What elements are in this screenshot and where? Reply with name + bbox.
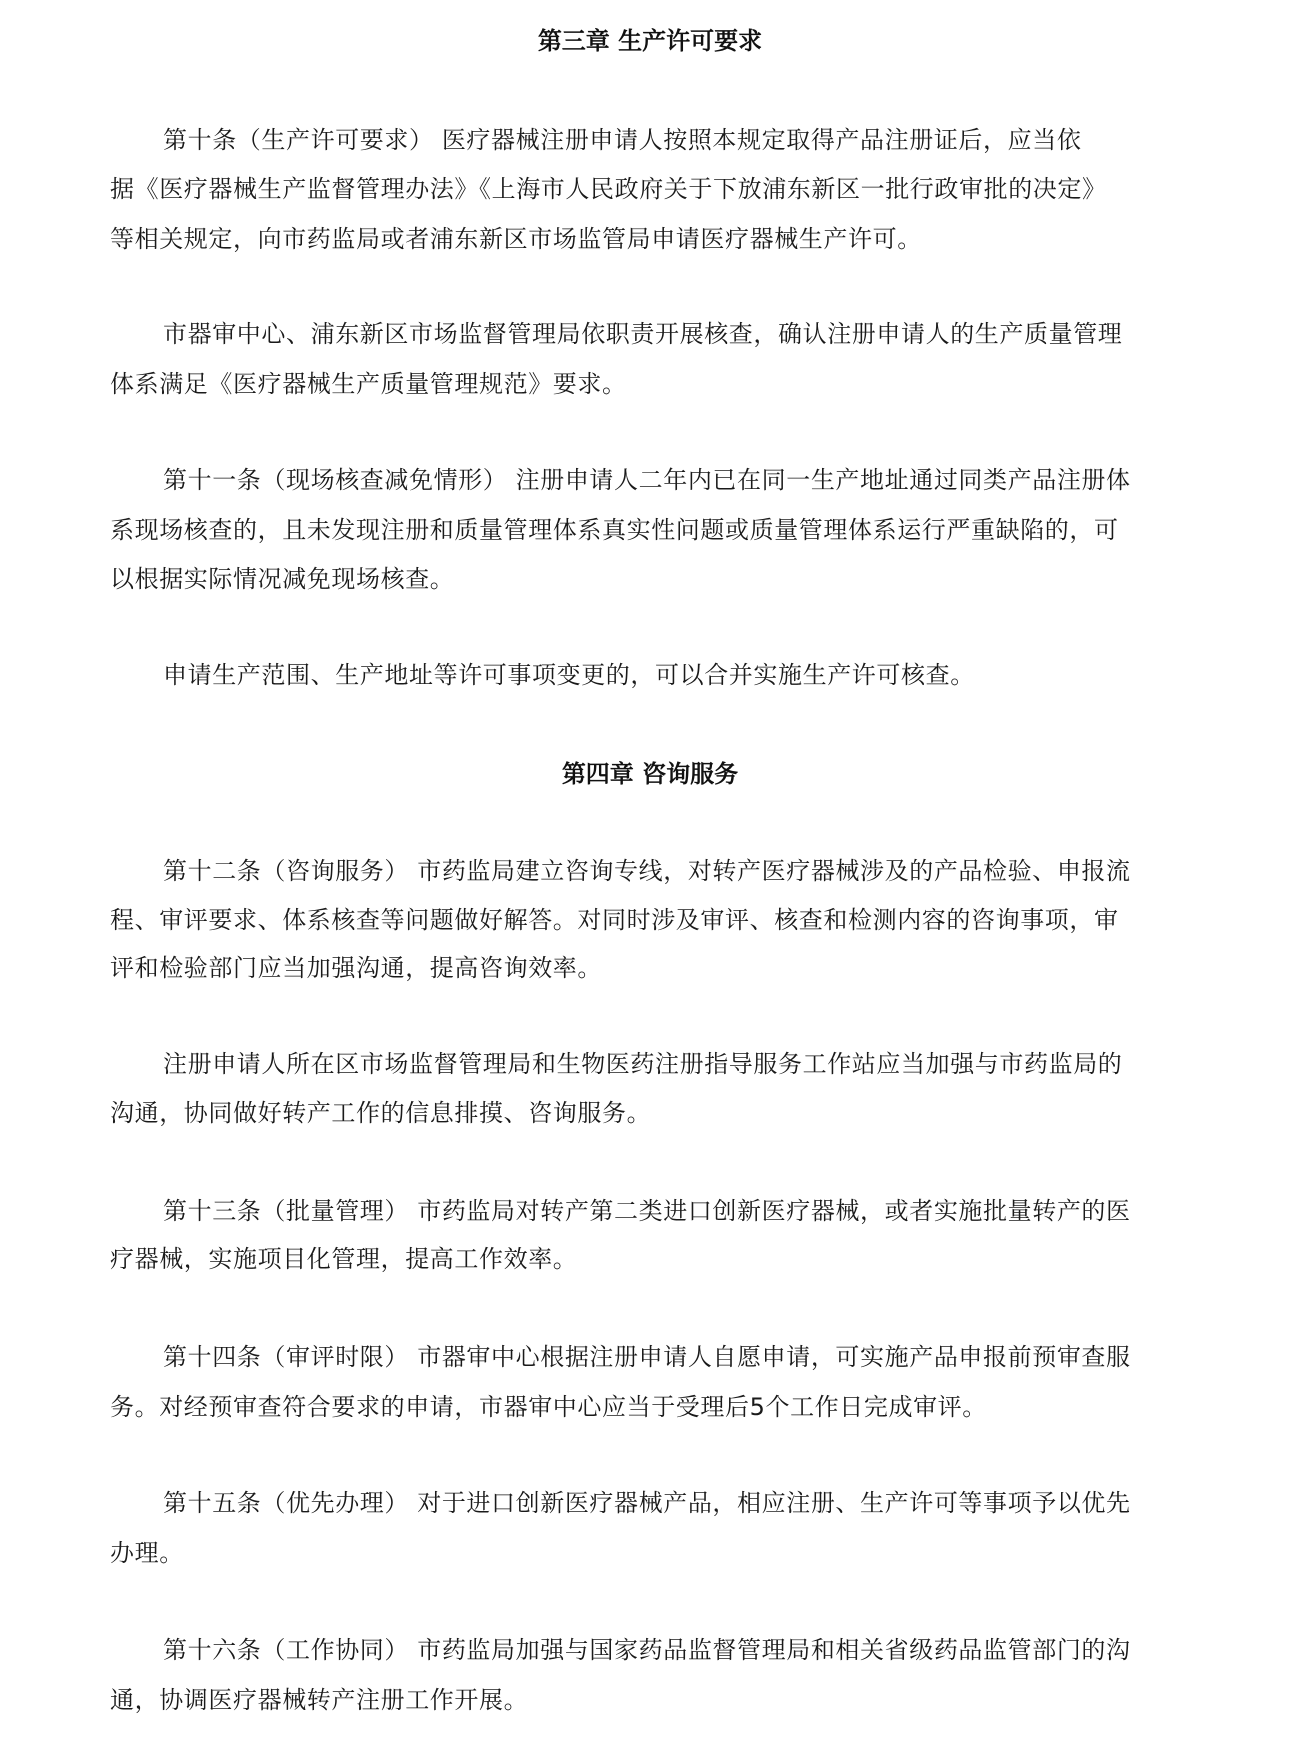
paragraph-line: 务。对经预审查符合要求的申请，市器审中心应当于受理后5个工作日完成审评。 — [110, 1392, 987, 1422]
paragraph-line: 等相关规定，向市药监局或者浦东新区市场监管局申请医疗器械生产许可。 — [110, 224, 922, 254]
paragraph-line: 第十六条（工作协同） 市药监局加强与国家药品监督管理局和相关省级药品监管部门的沟 — [163, 1635, 1131, 1665]
chapter-heading: 第四章 咨询服务 — [0, 759, 1300, 789]
paragraph-line: 通，协调医疗器械转产注册工作开展。 — [110, 1685, 528, 1715]
paragraph-line: 第十五条（优先办理） 对于进口创新医疗器械产品，相应注册、生产许可等事项予以优先 — [163, 1488, 1131, 1518]
paragraph-line: 沟通，协同做好转产工作的信息排摸、咨询服务。 — [110, 1098, 651, 1128]
paragraph-line: 申请生产范围、生产地址等许可事项变更的，可以合并实施生产许可核查。 — [163, 660, 975, 690]
paragraph-line: 以根据实际情况减免现场核查。 — [110, 564, 454, 594]
paragraph-line: 评和检验部门应当加强沟通，提高咨询效率。 — [110, 953, 602, 983]
paragraph-line: 程、审评要求、体系核查等问题做好解答。对同时涉及审评、核查和检测内容的咨询事项，… — [110, 905, 1119, 935]
paragraph-line: 市器审中心、浦东新区市场监督管理局依职责开展核查，确认注册申请人的生产质量管理 — [163, 319, 1122, 349]
paragraph-line: 体系满足《医疗器械生产质量管理规范》要求。 — [110, 369, 627, 399]
paragraph-line: 第十四条（审评时限） 市器审中心根据注册申请人自愿申请，可实施产品申报前预审查服 — [163, 1342, 1131, 1372]
paragraph-line: 第十二条（咨询服务） 市药监局建立咨询专线，对转产医疗器械涉及的产品检验、申报流 — [163, 856, 1131, 886]
document-page: 第三章 生产许可要求 第十条（生产许可要求） 医疗器械注册申请人按照本规定取得产… — [0, 0, 1300, 1758]
paragraph-line: 第十一条（现场核查减免情形） 注册申请人二年内已在同一生产地址通过同类产品注册体 — [163, 465, 1131, 495]
paragraph-line: 系现场核查的，且未发现注册和质量管理体系真实性问题或质量管理体系运行严重缺陷的，… — [110, 515, 1119, 545]
paragraph-line: 第十三条（批量管理） 市药监局对转产第二类进口创新医疗器械，或者实施批量转产的医 — [163, 1196, 1131, 1226]
paragraph-line: 据《医疗器械生产监督管理办法》《上海市人民政府关于下放浦东新区一批行政审批的决定… — [110, 174, 1107, 204]
paragraph-line: 疗器械，实施项目化管理，提高工作效率。 — [110, 1244, 577, 1274]
paragraph-line: 注册申请人所在区市场监督管理局和生物医药注册指导服务工作站应当加强与市药监局的 — [163, 1049, 1122, 1079]
paragraph-line: 办理。 — [110, 1538, 184, 1568]
chapter-heading: 第三章 生产许可要求 — [0, 26, 1300, 56]
paragraph-line: 第十条（生产许可要求） 医疗器械注册申请人按照本规定取得产品注册证后，应当依 — [163, 125, 1081, 155]
